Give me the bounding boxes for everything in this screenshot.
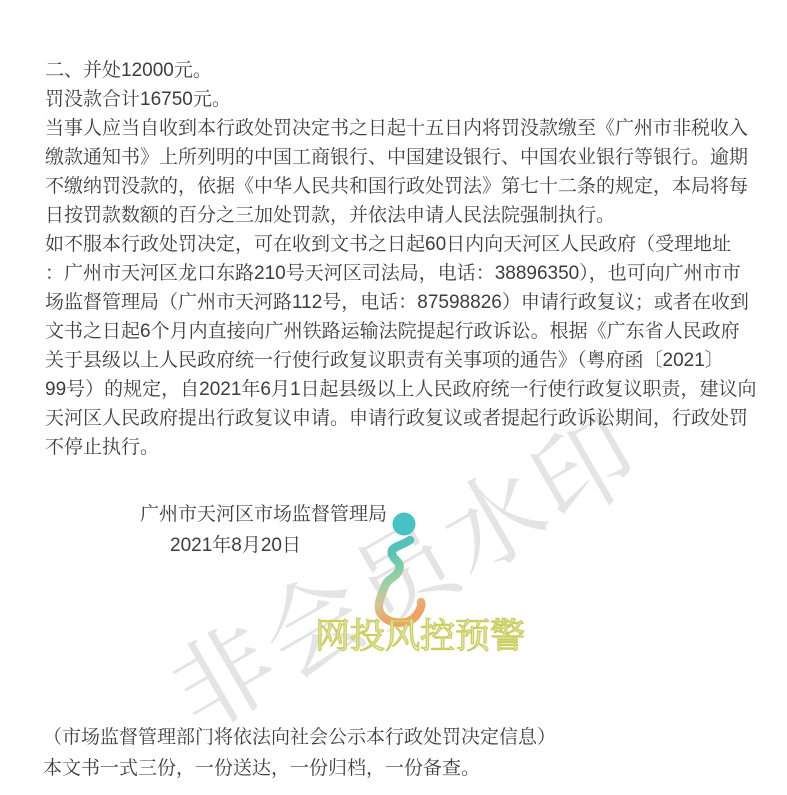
body-line: 文书之日起6个月内直接向广州铁路运输法院提起行政诉讼。根据《广东省人民政府 [45, 317, 759, 346]
body-line: 关于县级以上人民政府统一行使行政复议职责有关事项的通告》（粤府函〔2021〕 [45, 346, 759, 375]
body-line: 场监督管理局（广州市天河路112号，电话：87598826）申请行政复议；或者在… [45, 288, 759, 317]
body-line: 罚没款合计16750元。 [45, 85, 759, 114]
body-line: 99号）的规定，自2021年6月1日起县级以上人民政府统一行使行政复议职责，建议… [45, 375, 759, 404]
disclosure-note: （市场监督管理部门将依法向社会公示本行政处罚决定信息） [43, 722, 556, 753]
body-line: 天河区人民政府提出行政复议申请。申请行政复议或者提起行政诉讼期间，行政处罚 [45, 404, 759, 433]
issuing-authority: 广州市天河区市场监督管理局 [140, 500, 387, 529]
body-line: 缴款通知书》上所列明的中国工商银行、中国建设银行、中国农业银行等银行。逾期 [45, 143, 759, 172]
body-line: 二、并处12000元。 [45, 56, 759, 85]
logo-swoosh [379, 540, 421, 623]
document-body: 二、并处12000元。 罚没款合计16750元。 当事人应当自收到本行政处罚决定… [45, 56, 759, 462]
brand-name: 网投风控预警 [315, 618, 525, 656]
body-line: 如不服本行政处罚决定，可在收到文书之日起60日内向天河区人民政府（受理地址 [45, 230, 759, 259]
body-line: 当事人应当自收到本行政处罚决定书之日起十五日内将罚没款缴至《广州市非税收入 [45, 114, 759, 143]
body-line: 不停止执行。 [45, 433, 759, 462]
document-page: 非会员水印 二、并处12000元。 罚没款合计16750元。 当事人应当自收到本… [0, 0, 787, 795]
body-line: 不缴纳罚没款的，依据《中华人民共和国行政处罚法》第七十二条的规定，本局将每 [45, 172, 759, 201]
body-line: 日按罚款数额的百分之三加处罚款，并依法申请人民法院强制执行。 [45, 201, 759, 230]
body-line: ：广州市天河区龙口东路210号天河区司法局，电话：38896350），也可向广州… [45, 259, 759, 288]
copies-note: 本文书一式三份，一份送达，一份归档，一份备查。 [43, 753, 480, 784]
logo-dot [393, 513, 416, 536]
stylized-i-swoosh-icon [368, 508, 428, 628]
issue-date: 2021年8月20日 [170, 531, 301, 560]
